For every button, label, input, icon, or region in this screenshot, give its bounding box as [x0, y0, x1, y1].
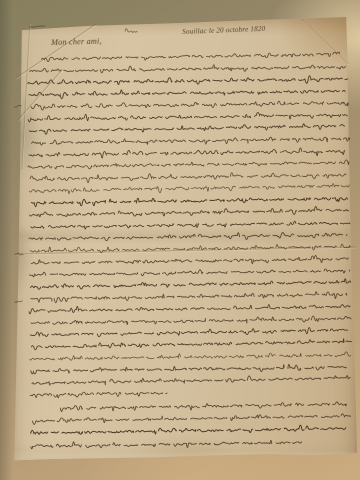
script-line	[28, 75, 348, 87]
script-line	[32, 136, 350, 147]
script-line	[29, 87, 345, 99]
script-line	[28, 111, 347, 123]
paper-creases	[14, 20, 357, 255]
script-line	[31, 425, 346, 436]
margin-mark	[30, 25, 45, 27]
script-line	[29, 183, 349, 194]
script-line	[29, 303, 350, 314]
script-line	[31, 255, 348, 267]
script-line	[29, 231, 347, 242]
script-line	[32, 414, 350, 425]
script-line	[31, 195, 347, 207]
script-line	[30, 351, 351, 361]
script-line	[29, 268, 349, 278]
handwriting-lines	[11, 21, 354, 450]
script-line	[28, 160, 349, 170]
script-line	[31, 316, 351, 327]
script-line	[30, 171, 346, 183]
script-line	[32, 375, 350, 386]
script-line	[31, 339, 351, 350]
script-line	[30, 63, 346, 74]
script-line	[31, 439, 302, 450]
script-line	[30, 391, 167, 398]
handwriting-layer	[0, 0, 360, 480]
script-line	[31, 364, 347, 375]
script-line	[29, 123, 344, 134]
salutation-text: Mon cher ami,	[51, 37, 102, 47]
manuscript-photo: Souillac le 20 octobre 1820 Mon cher ami…	[0, 0, 360, 480]
script-line	[29, 147, 345, 159]
script-line	[30, 327, 348, 338]
script-line	[60, 402, 346, 412]
script-line	[31, 279, 351, 290]
script-line	[31, 291, 347, 303]
margin-mark	[125, 29, 137, 33]
margin-mark	[14, 105, 21, 107]
margin-mark	[15, 301, 22, 303]
script-line	[31, 100, 348, 111]
script-line	[30, 206, 349, 218]
script-line	[31, 220, 350, 229]
script-line	[41, 52, 339, 62]
